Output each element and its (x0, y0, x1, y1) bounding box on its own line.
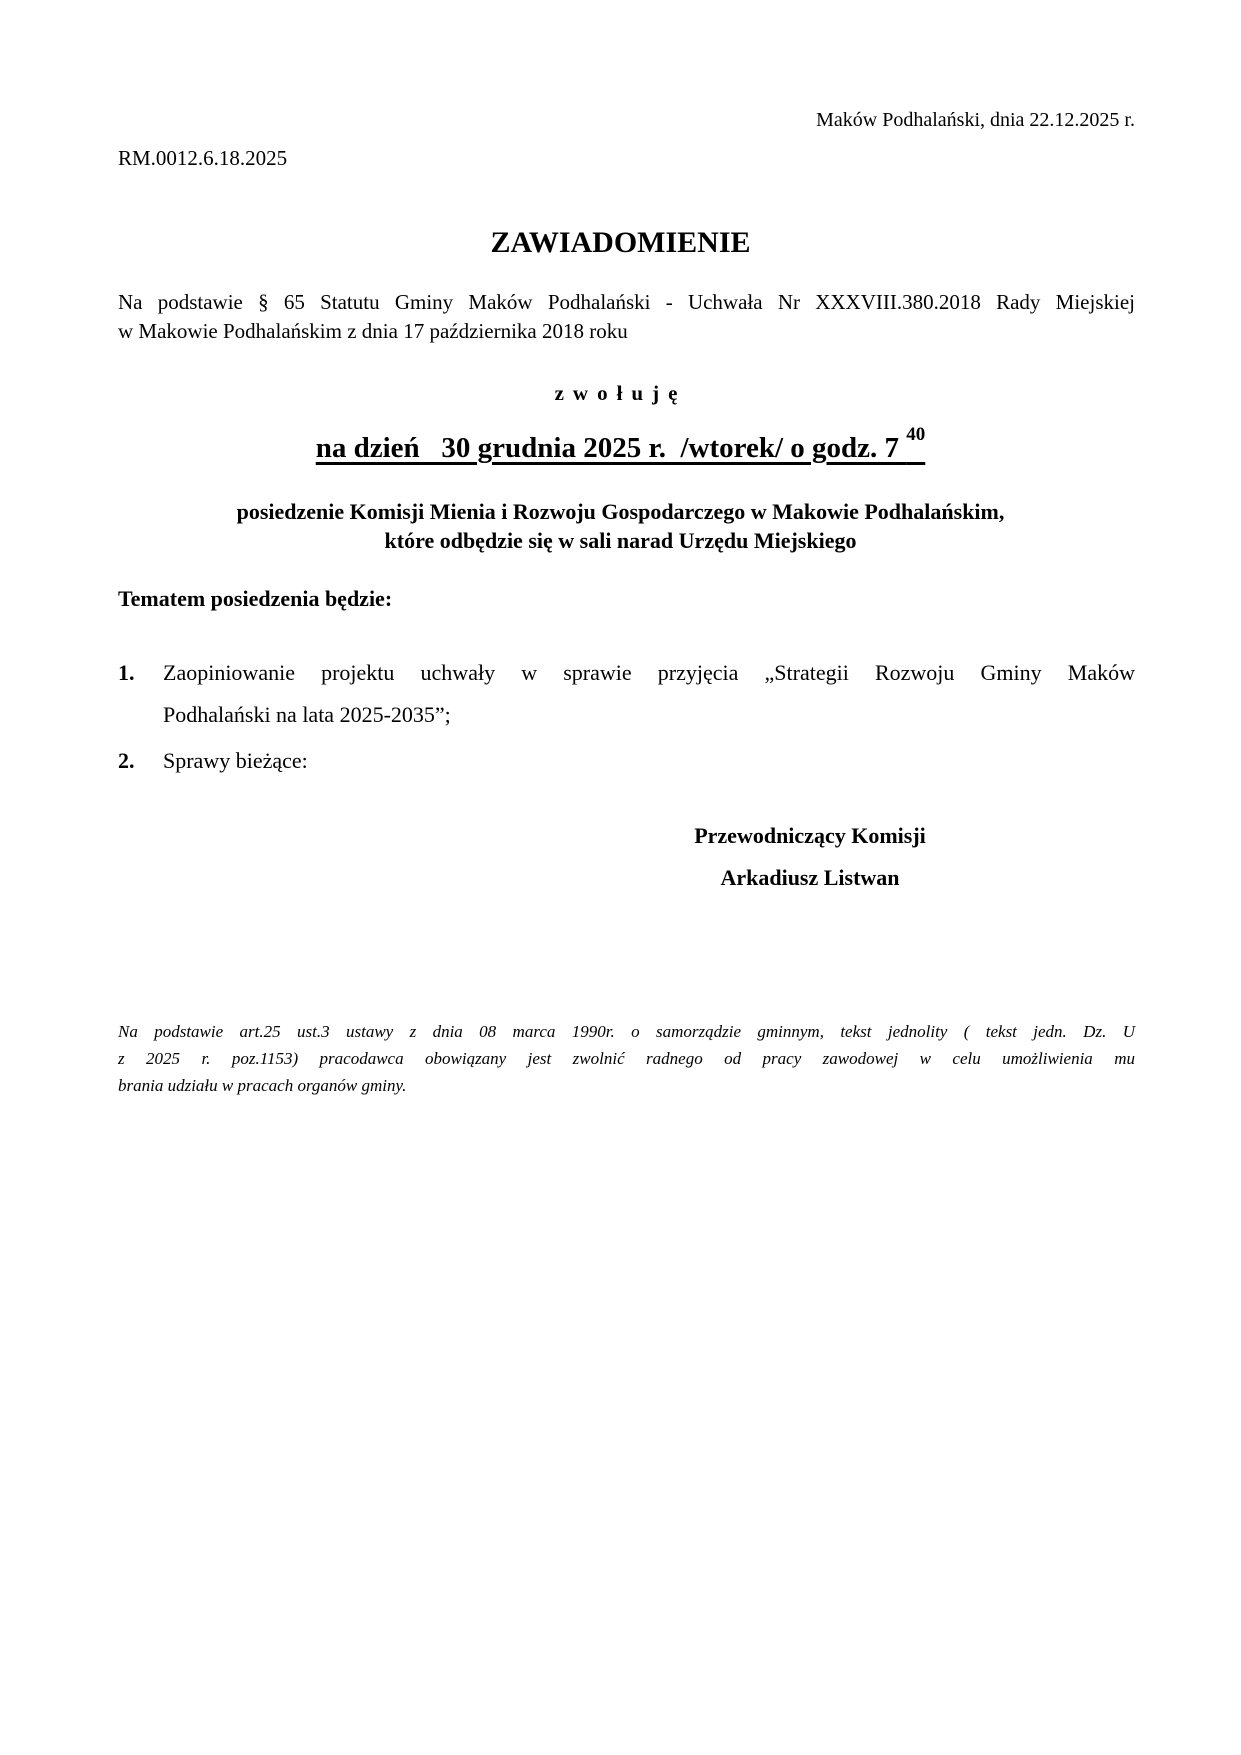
agenda-list: 1. Zaopiniowanie projektu uchwały w spra… (118, 652, 1135, 782)
agenda-item-number: 2. (118, 740, 135, 782)
footnote-line-1: Na podstawie art.25 ust.3 ustawy z dnia … (118, 1018, 1135, 1045)
document-title: ZAWIADOMIENIE (0, 226, 1241, 260)
committee-line-2: które odbędzie się w sali narad Urzędu M… (0, 526, 1241, 555)
agenda-item: 2. Sprawy bieżące: (118, 740, 1135, 782)
meeting-date-text: na dzień 30 grudnia 2025 r. /wtorek/ o g… (316, 432, 899, 464)
meeting-time-minutes: 40 (906, 424, 925, 445)
legal-basis-line-1: Na podstawie § 65 Statutu Gminy Maków Po… (118, 288, 1135, 317)
reference-number: RM.0012.6.18.2025 (118, 146, 287, 171)
agenda-item: 1. Zaopiniowanie projektu uchwały w spra… (118, 652, 1135, 736)
legal-basis-paragraph: Na podstawie § 65 Statutu Gminy Maków Po… (118, 288, 1135, 346)
agenda-item-text: Zaopiniowanie projektu uchwały w sprawie… (163, 652, 1135, 736)
meeting-date-underlined: na dzień 30 grudnia 2025 r. /wtorek/ o g… (316, 432, 926, 464)
meeting-date-line: na dzień 30 grudnia 2025 r. /wtorek/ o g… (0, 432, 1241, 465)
agenda-heading: Tematem posiedzenia będzie: (118, 586, 392, 612)
committee-description: posiedzenie Komisji Mienia i Rozwoju Gos… (0, 497, 1241, 555)
legal-footnote: Na podstawie art.25 ust.3 ustawy z dnia … (118, 1018, 1135, 1099)
signature-block: Przewodniczący Komisji Arkadiusz Listwan (640, 815, 980, 899)
signatory-name: Arkadiusz Listwan (640, 857, 980, 899)
legal-basis-line-2: w Makowie Podhalańskim z dnia 17 paździe… (118, 317, 1135, 346)
signatory-role: Przewodniczący Komisji (640, 815, 980, 857)
agenda-item-line-1: Zaopiniowanie projektu uchwały w sprawie… (163, 652, 1135, 694)
agenda-item-number: 1. (118, 652, 135, 694)
agenda-item-line-2: Podhalański na lata 2025-2035”; (163, 694, 1135, 736)
place-and-date: Maków Podhalański, dnia 22.12.2025 r. (816, 109, 1135, 132)
committee-line-1: posiedzenie Komisji Mienia i Rozwoju Gos… (0, 497, 1241, 526)
footnote-line-2: z 2025 r. poz.1153) pracodawca obowiązan… (118, 1045, 1135, 1072)
agenda-item-text: Sprawy bieżące: (163, 740, 1135, 782)
convene-word: zwołuję (0, 381, 1241, 406)
footnote-line-3: brania udziału w pracach organów gminy. (118, 1072, 1135, 1099)
agenda-item-line-1: Sprawy bieżące: (163, 740, 1135, 782)
